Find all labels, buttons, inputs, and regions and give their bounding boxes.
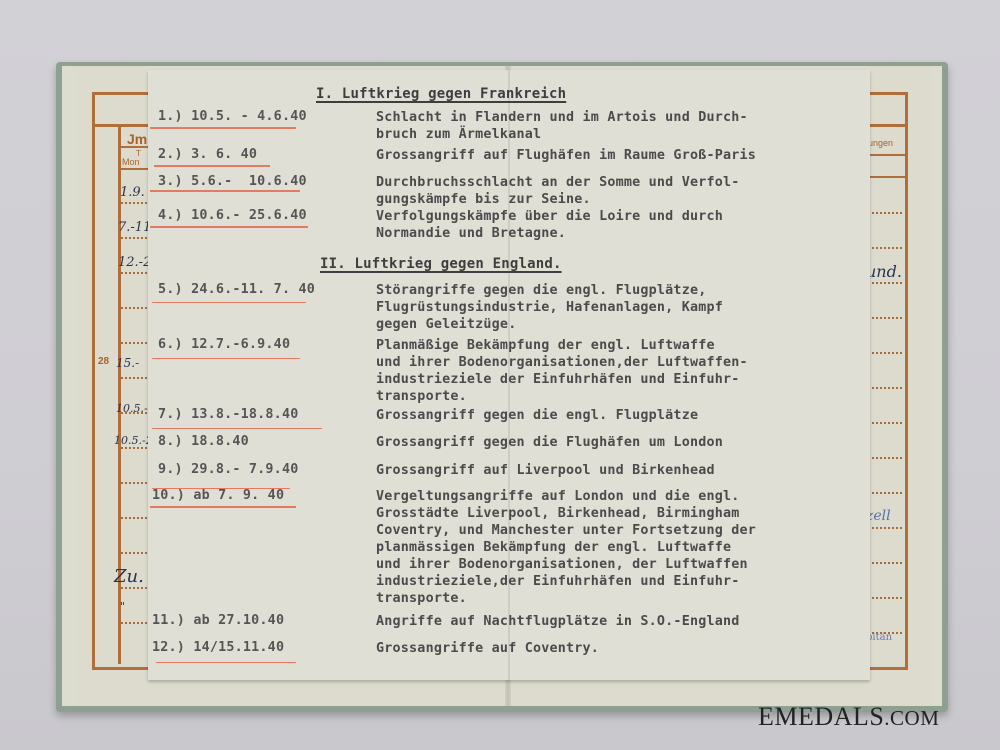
emedals-watermark: EMEDALS.COM	[758, 702, 939, 732]
form-row-line	[121, 307, 151, 309]
typed-insert-sheet: I. Luftkrieg gegen Frankreich 1.) 10.5. …	[148, 70, 870, 680]
handwritten-date: 10.5.-2	[114, 434, 153, 447]
form-row-line	[121, 622, 151, 624]
form-row-line	[872, 562, 902, 564]
form-row-line	[121, 552, 151, 554]
right-form-subheader-line	[866, 154, 905, 156]
handwritten-date: 15.-	[116, 356, 139, 370]
entry-date: 9.) 29.8.- 7.9.40	[158, 462, 298, 477]
entry-description: Störangriffe gegen die engl. Flugplätze,…	[376, 282, 856, 333]
entry-description: Durchbruchsschlacht an der Somme und Ver…	[376, 174, 856, 208]
form-row-line	[121, 587, 151, 589]
handwritten-date: 1.9.	[120, 185, 145, 200]
entry-date: 7.) 13.8.-18.8.40	[158, 407, 298, 422]
entry-description: Angriffe auf Nachtflugplätze in S.O.-Eng…	[376, 613, 856, 630]
section-title-france: I. Luftkrieg gegen Frankreich	[316, 86, 566, 102]
entry-date: 6.) 12.7.-6.9.40	[158, 337, 290, 352]
form-row-line	[872, 422, 902, 424]
form-row-line	[872, 352, 902, 354]
form-row-line	[872, 387, 902, 389]
left-subheader-fragment: Mon	[122, 157, 140, 167]
red-underline	[152, 428, 322, 429]
red-underline	[156, 662, 296, 663]
entry-description: Grossangriff auf Liverpool und Birkenhea…	[376, 462, 856, 479]
right-form-subheader-line-2	[866, 176, 905, 178]
form-row-line	[121, 342, 151, 344]
right-header-fragment: ungen	[868, 138, 893, 148]
entry-date: 5.) 24.6.-11. 7. 40	[158, 282, 315, 297]
entry-description: Grossangriffe auf Coventry.	[376, 640, 856, 657]
form-row-line	[121, 272, 151, 274]
entry-date: 2.) 3. 6. 40	[158, 147, 257, 162]
handwritten-fragment: und.	[866, 262, 902, 281]
entry-date: 12.) 14/15.11.40	[152, 640, 284, 655]
entry-description: Planmäßige Bekämpfung der engl. Luftwaff…	[376, 337, 856, 405]
form-row-line	[872, 317, 902, 319]
red-underline	[152, 302, 306, 303]
red-underline	[154, 165, 270, 167]
typed-sheet-content: I. Luftkrieg gegen Frankreich 1.) 10.5. …	[148, 70, 870, 680]
red-underline	[150, 127, 296, 129]
form-row-line	[872, 212, 902, 214]
form-row-line	[872, 282, 902, 284]
handwritten-date: 10.5.-	[116, 402, 148, 415]
entry-description: Vergeltungsangriffe auf London und die e…	[376, 488, 856, 607]
form-row-line	[121, 517, 151, 519]
form-row-line	[872, 247, 902, 249]
entry-date: 8.) 18.8.40	[158, 434, 249, 449]
page-number: 28	[98, 356, 109, 367]
entry-date: 11.) ab 27.10.40	[152, 613, 284, 628]
entry-date: 4.) 10.6.- 25.6.40	[158, 208, 307, 223]
handwritten-ditto: "	[120, 600, 125, 613]
form-row-line	[872, 492, 902, 494]
right-form-header-line	[866, 124, 905, 127]
entry-description: Grossangriff gegen die engl. Flugplätze	[376, 407, 856, 424]
form-row-line	[121, 237, 151, 239]
handwritten-signature: Zu.	[114, 566, 144, 587]
red-underline	[152, 358, 300, 359]
handwritten-date: 12.-2	[118, 255, 151, 270]
entry-description: Schlacht in Flandern und im Artois und D…	[376, 109, 856, 143]
form-row-line	[121, 447, 151, 449]
entry-date: 10.) ab 7. 9. 40	[152, 488, 284, 503]
entry-date: 1.) 10.5. - 4.6.40	[158, 109, 307, 124]
form-row-line	[121, 482, 151, 484]
form-row-line	[872, 457, 902, 459]
form-row-line	[872, 527, 902, 529]
red-underline	[150, 226, 308, 228]
entry-description: Grossangriff auf Flughäfen im Raume Groß…	[376, 147, 856, 164]
entry-date: 3.) 5.6.- 10.6.40	[158, 174, 307, 189]
entry-description: Verfolgungskämpfe über die Loire und dur…	[376, 208, 856, 242]
left-header-fragment: Jm	[127, 131, 147, 147]
form-row-line	[121, 377, 151, 379]
red-underline	[150, 190, 300, 192]
red-underline	[150, 506, 296, 508]
entry-description: Grossangriff gegen die Flughäfen um Lond…	[376, 434, 856, 451]
handwritten-date: 7.-11	[118, 220, 151, 235]
form-row-line	[872, 597, 902, 599]
form-row-line	[121, 202, 151, 204]
section-title-england: II. Luftkrieg gegen England.	[320, 256, 562, 272]
